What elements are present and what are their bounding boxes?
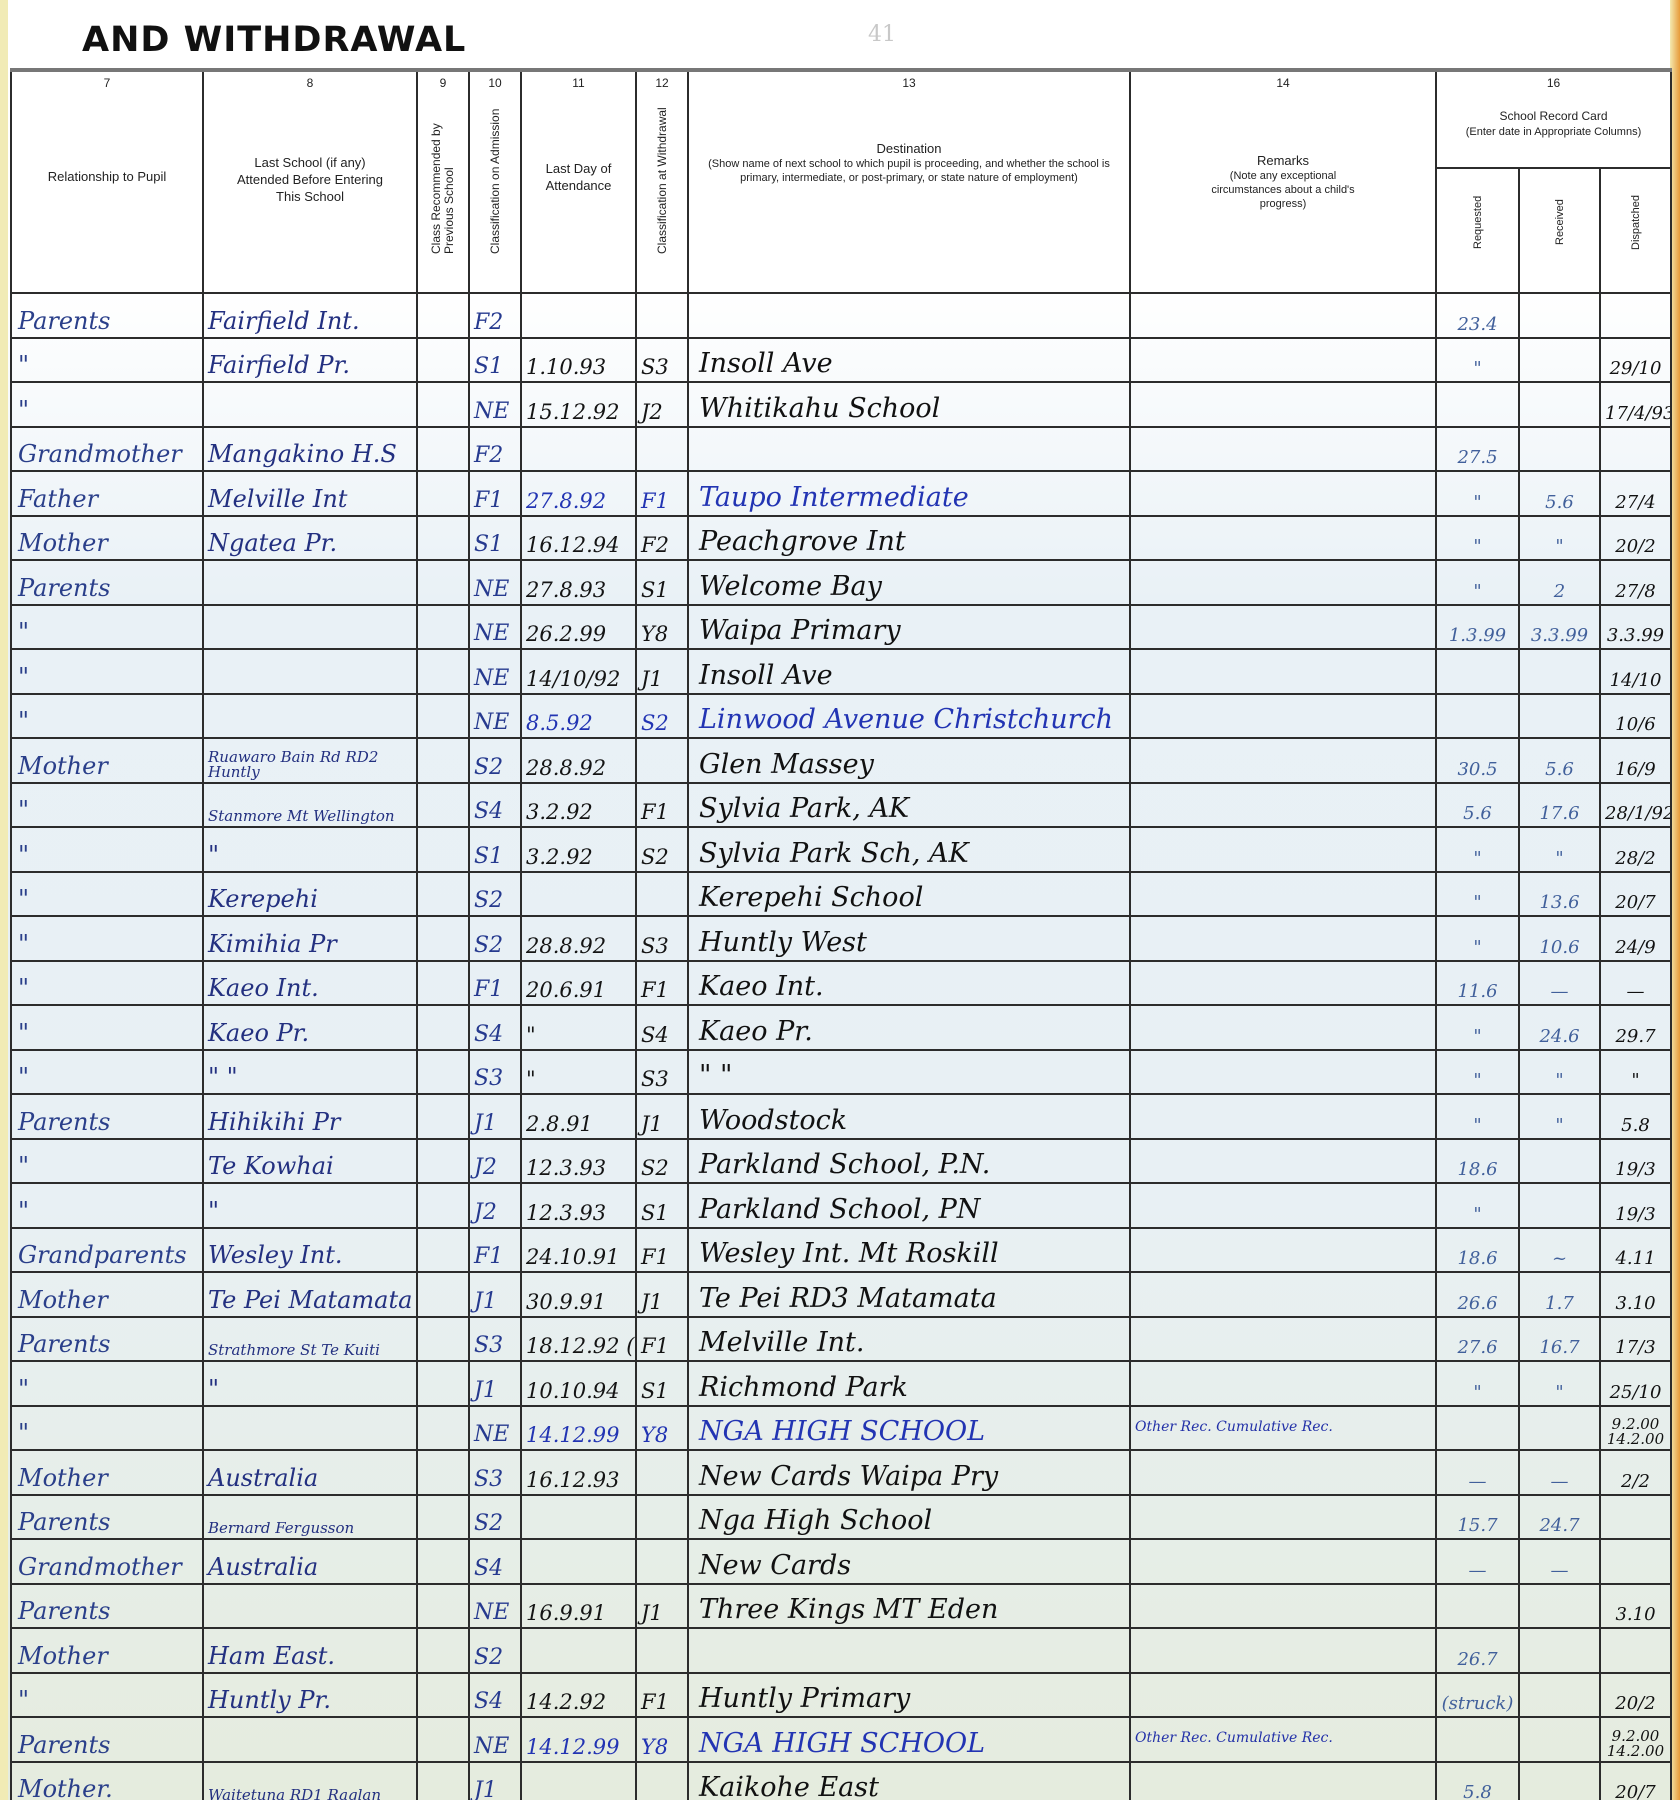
last-day-cell: 8.5.92 <box>521 694 636 739</box>
last-day-cell: 14.12.99 <box>521 1406 636 1451</box>
received-cell <box>1519 1183 1600 1228</box>
requested-cell: " <box>1436 560 1519 605</box>
class-recommended-cell <box>417 1139 469 1184</box>
relationship-cell: " <box>11 1005 203 1050</box>
remarks-cell: Other Rec. Cumulative Rec. <box>1130 1406 1436 1451</box>
class-withdrawal-cell: F2 <box>636 516 688 561</box>
remarks-cell <box>1130 1495 1436 1540</box>
class-admission-cell: NE <box>469 1717 521 1762</box>
header-remarks: 14 Remarks (Note any exceptional circums… <box>1130 70 1436 293</box>
destination-cell <box>688 293 1130 338</box>
last-school-cell: Australia <box>203 1539 417 1584</box>
class-withdrawal-cell: S3 <box>636 1050 688 1095</box>
table-row: GrandmotherMangakino H.SF227.5 <box>11 427 1671 472</box>
class-recommended-cell <box>417 1406 469 1451</box>
last-school-cell: Bernard Fergusson <box>203 1495 417 1540</box>
class-admission-cell: J1 <box>469 1361 521 1406</box>
last-day-cell: 28.8.92 <box>521 916 636 961</box>
remarks-cell <box>1130 293 1436 338</box>
table-row: "Kaeo Pr.S4"S4Kaeo Pr."24.629.7 <box>11 1005 1671 1050</box>
last-day-cell: 28.8.92 <box>521 738 636 783</box>
class-admission-cell: S4 <box>469 783 521 828</box>
remarks-cell <box>1130 560 1436 605</box>
requested-cell: 11.6 <box>1436 961 1519 1006</box>
table-row: Mother.Waitetuna RD1 RaglanJ1Kaikohe Eas… <box>11 1762 1671 1800</box>
table-row: ""J212.3.93S1Parkland School, PN"19/3 <box>11 1183 1671 1228</box>
destination-cell: Insoll Ave <box>688 338 1130 383</box>
relationship-cell: Parents <box>11 1094 203 1139</box>
page-title: AND WITHDRAWAL <box>82 20 466 60</box>
class-recommended-cell <box>417 1673 469 1718</box>
header-label: Remarks <box>1131 152 1435 169</box>
class-withdrawal-cell: S1 <box>636 560 688 605</box>
destination-cell: New Cards Waipa Pry <box>688 1450 1130 1495</box>
relationship-cell: Mother <box>11 1628 203 1673</box>
class-recommended-cell <box>417 1539 469 1584</box>
last-day-cell: 3.2.92 <box>521 783 636 828</box>
class-admission-cell: NE <box>469 1584 521 1629</box>
relationship-cell: Mother <box>11 1272 203 1317</box>
dispatched-cell: 19/3 <box>1600 1139 1671 1184</box>
class-withdrawal-cell <box>636 293 688 338</box>
relationship-cell: Mother <box>11 516 203 561</box>
table-row: FatherMelville IntF127.8.92F1Taupo Inter… <box>11 471 1671 516</box>
dispatched-cell <box>1600 1628 1671 1673</box>
column-number: 8 <box>204 76 416 90</box>
last-day-cell <box>521 1539 636 1584</box>
relationship-cell: Grandparents <box>11 1228 203 1273</box>
last-school-cell <box>203 560 417 605</box>
table-row: ParentsNE14.12.99Y8NGA HIGH SCHOOLOther … <box>11 1717 1671 1762</box>
relationship-cell: Parents <box>11 1495 203 1540</box>
relationship-cell: " <box>11 1050 203 1095</box>
remarks-cell <box>1130 1317 1436 1362</box>
class-admission-cell: F1 <box>469 961 521 1006</box>
requested-cell <box>1436 1584 1519 1629</box>
table-row: "NE14/10/92J1Insoll Ave14/10 <box>11 649 1671 694</box>
class-recommended-cell <box>417 1094 469 1139</box>
received-cell: 24.7 <box>1519 1495 1600 1540</box>
header-relationship: 7 Relationship to Pupil <box>11 70 203 293</box>
table-row: MotherHam East.S226.7 <box>11 1628 1671 1673</box>
last-day-cell: 26.2.99 <box>521 605 636 650</box>
dispatched-cell: 24/9 <box>1600 916 1671 961</box>
class-withdrawal-cell <box>636 872 688 917</box>
class-admission-cell: S3 <box>469 1050 521 1095</box>
table-row: ParentsNE16.9.91J1Three Kings MT Eden3.1… <box>11 1584 1671 1629</box>
table-row: "Kaeo Int.F120.6.91F1Kaeo Int.11.6—— <box>11 961 1671 1006</box>
remarks-cell <box>1130 516 1436 561</box>
relationship-cell: " <box>11 961 203 1006</box>
remarks-cell <box>1130 961 1436 1006</box>
requested-cell: 5.8 <box>1436 1762 1519 1800</box>
table-row: "" "S3"S3" """" <box>11 1050 1671 1095</box>
destination-cell: Parkland School, PN <box>688 1183 1130 1228</box>
remarks-cell <box>1130 649 1436 694</box>
destination-cell: Te Pei RD3 Matamata <box>688 1272 1130 1317</box>
class-admission-cell: S2 <box>469 1495 521 1540</box>
header-last-day: 11 Last Day of Attendance <box>521 70 636 293</box>
table-row: "KerepehiS2Kerepehi School"13.620/7 <box>11 872 1671 917</box>
table-row: "NE26.2.99Y8Waipa Primary1.3.993.3.993.3… <box>11 605 1671 650</box>
requested-cell: — <box>1436 1450 1519 1495</box>
class-withdrawal-cell: S1 <box>636 1361 688 1406</box>
dispatched-cell: 4.11 <box>1600 1228 1671 1273</box>
requested-cell <box>1436 1717 1519 1762</box>
relationship-cell: Parents <box>11 1717 203 1762</box>
class-recommended-cell <box>417 783 469 828</box>
received-cell: — <box>1519 961 1600 1006</box>
class-admission-cell: NE <box>469 649 521 694</box>
dispatched-cell: 14/10 <box>1600 649 1671 694</box>
received-cell <box>1519 1628 1600 1673</box>
received-cell: 17.6 <box>1519 783 1600 828</box>
table-row: MotherAustraliaS316.12.93New Cards Waipa… <box>11 1450 1671 1495</box>
header-received: Received <box>1519 168 1600 293</box>
last-school-cell: " " <box>203 1050 417 1095</box>
last-day-cell: 20.6.91 <box>521 961 636 1006</box>
destination-cell: Whitikahu School <box>688 382 1130 427</box>
relationship-cell: " <box>11 916 203 961</box>
class-admission-cell: S2 <box>469 916 521 961</box>
class-admission-cell: S2 <box>469 738 521 783</box>
requested-cell: 15.7 <box>1436 1495 1519 1540</box>
class-admission-cell: NE <box>469 1406 521 1451</box>
table-row: "Huntly Pr.S414.2.92F1Huntly Primary(str… <box>11 1673 1671 1718</box>
last-school-cell: Ngatea Pr. <box>203 516 417 561</box>
column-number: 9 <box>418 76 468 90</box>
register-page: AND WITHDRAWAL 41 7 Relationship to Pupi… <box>0 0 1680 1800</box>
header-label: School Record Card <box>1437 108 1670 125</box>
received-cell <box>1519 1762 1600 1800</box>
remarks-cell <box>1130 1050 1436 1095</box>
class-admission-cell: J2 <box>469 1139 521 1184</box>
dispatched-cell: 5.8 <box>1600 1094 1671 1139</box>
class-recommended-cell <box>417 1717 469 1762</box>
class-withdrawal-cell: S2 <box>636 1139 688 1184</box>
dispatched-cell: 20/2 <box>1600 1673 1671 1718</box>
dispatched-cell: 25/10 <box>1600 1361 1671 1406</box>
class-withdrawal-cell: F1 <box>636 783 688 828</box>
received-cell <box>1519 293 1600 338</box>
dispatched-cell: 28/2 <box>1600 827 1671 872</box>
column-number: 10 <box>470 76 520 90</box>
header-destination: 13 Destination (Show name of next school… <box>688 70 1130 293</box>
class-recommended-cell <box>417 471 469 516</box>
last-school-cell: Kimihia Pr <box>203 916 417 961</box>
relationship-cell: " <box>11 649 203 694</box>
table-row: ParentsStrathmore St Te KuitiS318.12.92 … <box>11 1317 1671 1362</box>
destination-cell: Peachgrove Int <box>688 516 1130 561</box>
header-label: Last School (if any) Attended Before Ent… <box>204 154 416 205</box>
relationship-cell: " <box>11 1673 203 1718</box>
last-day-cell <box>521 1628 636 1673</box>
requested-cell: " <box>1436 827 1519 872</box>
table-row: "Te KowhaiJ212.3.93S2Parkland School, P.… <box>11 1139 1671 1184</box>
last-day-cell: " <box>521 1050 636 1095</box>
last-day-cell: 1.10.93 <box>521 338 636 383</box>
requested-cell: " <box>1436 338 1519 383</box>
last-day-cell: 27.8.92 <box>521 471 636 516</box>
dispatched-cell: 3.3.99 <box>1600 605 1671 650</box>
class-admission-cell: F2 <box>469 293 521 338</box>
remarks-cell <box>1130 783 1436 828</box>
header-note: (Enter date in Appropriate Columns) <box>1437 125 1670 139</box>
class-withdrawal-cell: F1 <box>636 1317 688 1362</box>
page-binding-edge <box>0 0 8 1800</box>
class-recommended-cell <box>417 1495 469 1540</box>
destination-cell: Huntly West <box>688 916 1130 961</box>
dispatched-cell: 27/4 <box>1600 471 1671 516</box>
last-school-cell: Melville Int <box>203 471 417 516</box>
last-school-cell: Stanmore Mt Wellington <box>203 783 417 828</box>
class-withdrawal-cell: J1 <box>636 649 688 694</box>
last-day-cell: 10.10.94 <box>521 1361 636 1406</box>
page-number-mark: 41 <box>868 22 896 47</box>
destination-cell: Kaikohe East <box>688 1762 1130 1800</box>
header-dispatched: Dispatched <box>1600 168 1671 293</box>
relationship-cell: Father <box>11 471 203 516</box>
table-row: "Kimihia PrS228.8.92S3Huntly West"10.624… <box>11 916 1671 961</box>
class-admission-cell: J1 <box>469 1762 521 1800</box>
class-withdrawal-cell <box>636 1450 688 1495</box>
last-school-cell: Ruawaro Bain Rd RD2 Huntly <box>203 738 417 783</box>
dispatched-cell: — <box>1600 961 1671 1006</box>
last-school-cell <box>203 382 417 427</box>
last-school-cell: Te Kowhai <box>203 1139 417 1184</box>
class-recommended-cell <box>417 1584 469 1629</box>
requested-cell: 26.6 <box>1436 1272 1519 1317</box>
class-admission-cell: S1 <box>469 827 521 872</box>
class-admission-cell: S4 <box>469 1005 521 1050</box>
table-row: "NE8.5.92S2Linwood Avenue Christchurch10… <box>11 694 1671 739</box>
class-admission-cell: F2 <box>469 427 521 472</box>
requested-cell: " <box>1436 1005 1519 1050</box>
requested-cell: " <box>1436 1183 1519 1228</box>
remarks-cell <box>1130 605 1436 650</box>
remarks-cell <box>1130 694 1436 739</box>
class-withdrawal-cell: J2 <box>636 382 688 427</box>
header-label: Received <box>1554 177 1566 267</box>
relationship-cell: Mother <box>11 1450 203 1495</box>
dispatched-cell <box>1600 1495 1671 1540</box>
destination-cell <box>688 427 1130 472</box>
class-admission-cell: S3 <box>469 1450 521 1495</box>
last-school-cell: Strathmore St Te Kuiti <box>203 1317 417 1362</box>
class-recommended-cell <box>417 338 469 383</box>
class-withdrawal-cell <box>636 1762 688 1800</box>
class-withdrawal-cell: S3 <box>636 916 688 961</box>
remarks-cell <box>1130 916 1436 961</box>
class-withdrawal-cell: Y8 <box>636 1406 688 1451</box>
last-school-cell: Fairfield Pr. <box>203 338 417 383</box>
last-day-cell: 14.12.99 <box>521 1717 636 1762</box>
destination-cell: Kaeo Pr. <box>688 1005 1130 1050</box>
remarks-cell <box>1130 338 1436 383</box>
last-day-cell: 27.8.93 <box>521 560 636 605</box>
remarks-cell <box>1130 1228 1436 1273</box>
class-withdrawal-cell: F1 <box>636 1228 688 1273</box>
last-day-cell: " <box>521 1005 636 1050</box>
table-row: ParentsBernard FergussonS2Nga High Schoo… <box>11 1495 1671 1540</box>
dispatched-cell: 29/10 <box>1600 338 1671 383</box>
class-recommended-cell <box>417 560 469 605</box>
received-cell: 1.7 <box>1519 1272 1600 1317</box>
last-school-cell: Te Pei Matamata <box>203 1272 417 1317</box>
received-cell <box>1519 1584 1600 1629</box>
last-school-cell: Wesley Int. <box>203 1228 417 1273</box>
class-recommended-cell <box>417 649 469 694</box>
received-cell: ~ <box>1519 1228 1600 1273</box>
last-school-cell <box>203 1717 417 1762</box>
last-school-cell: Huntly Pr. <box>203 1673 417 1718</box>
relationship-cell: Parents <box>11 560 203 605</box>
relationship-cell: " <box>11 872 203 917</box>
destination-cell: Richmond Park <box>688 1361 1130 1406</box>
dispatched-cell: 20/7 <box>1600 1762 1671 1800</box>
relationship-cell: " <box>11 1139 203 1184</box>
destination-cell: Woodstock <box>688 1094 1130 1139</box>
last-day-cell: 15.12.92 <box>521 382 636 427</box>
relationship-cell: " <box>11 605 203 650</box>
received-cell: 16.7 <box>1519 1317 1600 1362</box>
relationship-cell: " <box>11 382 203 427</box>
table-row: GrandparentsWesley Int.F124.10.91F1Wesle… <box>11 1228 1671 1273</box>
last-day-cell: 14.2.92 <box>521 1673 636 1718</box>
dispatched-cell: 20/2 <box>1600 516 1671 561</box>
destination-cell: NGA HIGH SCHOOL <box>688 1717 1130 1762</box>
class-recommended-cell <box>417 516 469 561</box>
relationship-cell: " <box>11 1406 203 1451</box>
class-admission-cell: S4 <box>469 1673 521 1718</box>
last-day-cell: 16.12.93 <box>521 1450 636 1495</box>
class-withdrawal-cell: F1 <box>636 471 688 516</box>
last-school-cell: Kerepehi <box>203 872 417 917</box>
class-recommended-cell <box>417 382 469 427</box>
requested-cell: " <box>1436 1094 1519 1139</box>
relationship-cell: " <box>11 1183 203 1228</box>
destination-cell <box>688 1628 1130 1673</box>
relationship-cell: Parents <box>11 1317 203 1362</box>
header-label: Dispatched <box>1630 177 1642 267</box>
last-day-cell: 16.12.94 <box>521 516 636 561</box>
destination-cell: Melville Int. <box>688 1317 1130 1362</box>
destination-cell: Parkland School, P.N. <box>688 1139 1130 1184</box>
class-admission-cell: J1 <box>469 1094 521 1139</box>
destination-cell: New Cards <box>688 1539 1130 1584</box>
class-withdrawal-cell <box>636 738 688 783</box>
dispatched-cell: 29.7 <box>1600 1005 1671 1050</box>
header-label: Destination <box>689 140 1129 157</box>
class-admission-cell: S2 <box>469 872 521 917</box>
column-number: 7 <box>12 76 202 90</box>
table-row: "Stanmore Mt WellingtonS43.2.92F1Sylvia … <box>11 783 1671 828</box>
remarks-cell <box>1130 1539 1436 1584</box>
remarks-cell <box>1130 1628 1436 1673</box>
received-cell <box>1519 1673 1600 1718</box>
dispatched-cell: 10/6 <box>1600 694 1671 739</box>
table-row: "NE14.12.99Y8NGA HIGH SCHOOLOther Rec. C… <box>11 1406 1671 1451</box>
remarks-cell <box>1130 1762 1436 1800</box>
last-school-cell: Kaeo Pr. <box>203 1005 417 1050</box>
header-class-withdrawal: 12 Classification at Withdrawal <box>636 70 688 293</box>
dispatched-cell <box>1600 293 1671 338</box>
class-recommended-cell <box>417 1272 469 1317</box>
table-row: MotherTe Pei MatamataJ130.9.91J1Te Pei R… <box>11 1272 1671 1317</box>
last-school-cell: Kaeo Int. <box>203 961 417 1006</box>
table-row: ""S13.2.92S2Sylvia Park Sch, AK""28/2 <box>11 827 1671 872</box>
last-day-cell <box>521 1762 636 1800</box>
destination-cell: Sylvia Park Sch, AK <box>688 827 1130 872</box>
class-recommended-cell <box>417 827 469 872</box>
remarks-cell <box>1130 1673 1436 1718</box>
destination-cell: Sylvia Park, AK <box>688 783 1130 828</box>
requested-cell: 26.7 <box>1436 1628 1519 1673</box>
remarks-cell <box>1130 872 1436 917</box>
class-admission-cell: NE <box>469 694 521 739</box>
header-class-recommended: 9 Class Recommended by Previous School <box>417 70 469 293</box>
dispatched-cell: 9.2.00 14.2.00 <box>1600 1717 1671 1762</box>
table-row: ParentsNE27.8.93S1Welcome Bay"227/8 <box>11 560 1671 605</box>
received-cell <box>1519 1139 1600 1184</box>
last-school-cell: Australia <box>203 1450 417 1495</box>
table-row: MotherNgatea Pr.S116.12.94F2Peachgrove I… <box>11 516 1671 561</box>
destination-cell: Kerepehi School <box>688 872 1130 917</box>
destination-cell: Waipa Primary <box>688 605 1130 650</box>
class-withdrawal-cell: F1 <box>636 961 688 1006</box>
received-cell: " <box>1519 1361 1600 1406</box>
requested-cell: — <box>1436 1539 1519 1584</box>
relationship-cell: Mother. <box>11 1762 203 1800</box>
requested-cell: 5.6 <box>1436 783 1519 828</box>
class-withdrawal-cell: S3 <box>636 338 688 383</box>
last-school-cell: Hihikihi Pr <box>203 1094 417 1139</box>
class-admission-cell: J1 <box>469 1272 521 1317</box>
last-school-cell <box>203 605 417 650</box>
last-school-cell: Ham East. <box>203 1628 417 1673</box>
destination-cell: Kaeo Int. <box>688 961 1130 1006</box>
table-row: "Fairfield Pr.S11.10.93S3Insoll Ave"29/1… <box>11 338 1671 383</box>
requested-cell: 27.5 <box>1436 427 1519 472</box>
class-recommended-cell <box>417 293 469 338</box>
last-school-cell: " <box>203 827 417 872</box>
last-school-cell: Mangakino H.S <box>203 427 417 472</box>
requested-cell: 18.6 <box>1436 1139 1519 1184</box>
class-recommended-cell <box>417 738 469 783</box>
class-admission-cell: S1 <box>469 516 521 561</box>
received-cell: 3.3.99 <box>1519 605 1600 650</box>
requested-cell: " <box>1436 471 1519 516</box>
header-label: Requested <box>1472 177 1484 267</box>
class-withdrawal-cell: F1 <box>636 1673 688 1718</box>
class-recommended-cell <box>417 1317 469 1362</box>
class-admission-cell: S3 <box>469 1317 521 1362</box>
dispatched-cell: 20/7 <box>1600 872 1671 917</box>
class-withdrawal-cell <box>636 427 688 472</box>
class-recommended-cell <box>417 694 469 739</box>
class-withdrawal-cell <box>636 1628 688 1673</box>
dispatched-cell: 2/2 <box>1600 1450 1671 1495</box>
last-school-cell <box>203 649 417 694</box>
last-school-cell <box>203 1406 417 1451</box>
relationship-cell: Grandmother <box>11 1539 203 1584</box>
dispatched-cell: 27/8 <box>1600 560 1671 605</box>
table-row: ParentsFairfield Int.F223.4 <box>11 293 1671 338</box>
class-admission-cell: J2 <box>469 1183 521 1228</box>
destination-cell: " " <box>688 1050 1130 1095</box>
class-withdrawal-cell: S2 <box>636 694 688 739</box>
requested-cell: " <box>1436 872 1519 917</box>
